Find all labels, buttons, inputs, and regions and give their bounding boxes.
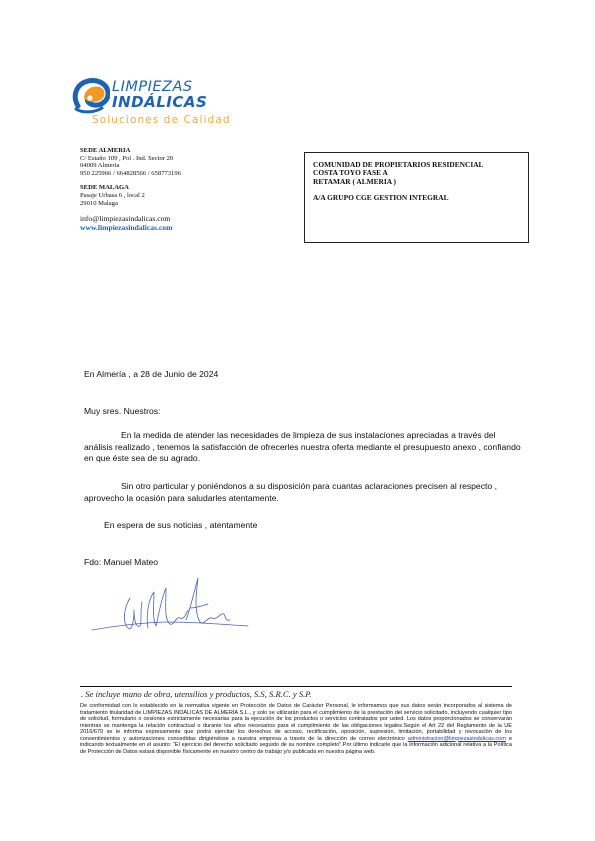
recipient-address-box: COMUNIDAD DE PROPIETARIOS RESIDENCIAL CO… — [304, 152, 529, 243]
signature-icon — [90, 570, 250, 636]
sender-email[interactable]: info@limpiezasindalicas.com — [80, 214, 181, 223]
logo-tagline: Soluciones de Calidad — [92, 114, 231, 126]
sender-info: SEDE ALMERIA C/ Estaño 109 , Pol . Ind. … — [80, 147, 181, 232]
footer-divider — [80, 686, 512, 687]
legal-notice: De conformidad con lo establecido en la … — [80, 703, 512, 755]
paragraph-1-text: En la medida de atender las necesidades … — [84, 430, 521, 463]
letter-paragraph-2: Sin otro particular y poniéndonos a su d… — [84, 481, 524, 504]
legal-email-link[interactable]: administracion@limpiezasindalicas.com — [408, 736, 506, 742]
logo-name-line2: INDÁLICAS — [112, 93, 207, 111]
footer-note: . Se incluye mano de obra, utensilios y … — [81, 689, 312, 699]
letter-greeting: Muy sres. Nuestros: — [84, 406, 160, 418]
recipient-line3: RETAMAR ( ALMERIA ) — [313, 178, 528, 186]
sede-malaga-city: 29010 Malaga — [80, 200, 181, 208]
sede-malaga-title: SEDE MALAGA — [80, 184, 181, 192]
logo-emblem-icon — [72, 78, 110, 114]
recipient-attention: A/A GRUPO CGE GESTION INTEGRAL — [313, 194, 528, 202]
company-logo: LIMPIEZAS INDÁLICAS Soluciones de Calida… — [72, 78, 242, 130]
sede-almeria-phones: 950 225966 / 664828566 / 658773196 — [80, 170, 181, 178]
sede-malaga-address: Pasaje Urbasa 6 , local 2 — [80, 192, 181, 200]
sede-almeria-city: 04009 Almeria — [80, 162, 181, 170]
letter-paragraph-1: En la medida de atender las necesidades … — [84, 430, 524, 465]
paragraph-2-text: Sin otro particular y poniéndonos a su d… — [84, 481, 497, 503]
letter-page: LIMPIEZAS INDÁLICAS Soluciones de Calida… — [0, 0, 595, 841]
sede-almeria-address: C/ Estaño 109 , Pol . Ind. Sector 20 — [80, 155, 181, 163]
letter-date: En Almería , a 28 de Junio de 2024 — [84, 369, 218, 381]
letter-closing: En espera de sus noticias , atentamente — [104, 520, 257, 532]
sede-almeria-title: SEDE ALMERIA — [80, 147, 181, 155]
sender-website-link[interactable]: www.limpiezasindalicas.com — [80, 223, 181, 232]
letter-signer: Fdo: Manuel Mateo — [84, 557, 158, 569]
